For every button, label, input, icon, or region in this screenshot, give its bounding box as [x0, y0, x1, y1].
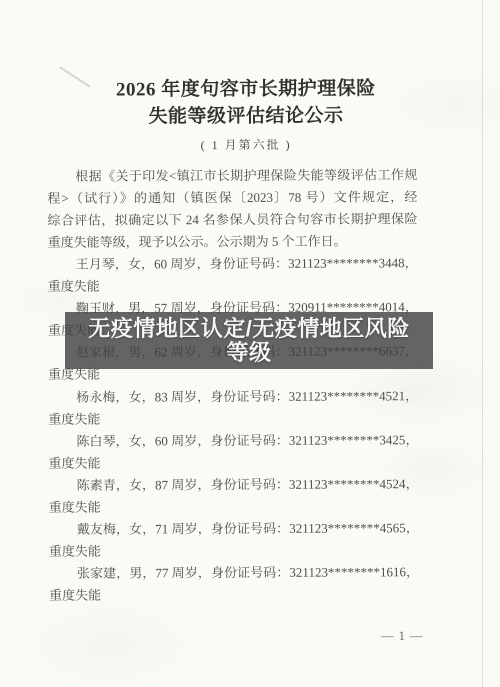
list-item: 陈素青，女，87 周岁，身份证号码：321123********4524， 重度… [49, 473, 419, 519]
entry-info-line: 戴友梅，女，71 周岁，身份证号码：321123********4565， [49, 517, 419, 541]
list-item: 王月琴，女，60 周岁，身份证号码：321123********3448， 重度… [48, 252, 418, 298]
entry-info-line: 张家建，男，77 周岁，身份证号码：321123********1616， [49, 562, 419, 586]
notice-batch-note: ( 1 月第六批 ) [61, 135, 431, 154]
entry-info-line: 杨永梅，女，83 周岁，身份证号码：321123********4521， [48, 385, 418, 409]
paragraph-line: 综合评估，拟确定以下 24 名参保人员符合句容市长期护理保险 [47, 208, 417, 232]
entry-status-line: 重度失能 [48, 451, 418, 475]
overlay-caption-banner: 无疫情地区认定/无疫情地区风险等级 [65, 312, 433, 369]
list-item: 陈白琴，女，60 周岁，身份证号码：321123********3425， 重度… [48, 429, 418, 475]
entry-status-line: 重度失能 [49, 584, 419, 608]
notice-title-line-1: 2026 年度句容市长期护理保险 [61, 75, 431, 104]
insured-person-list: 王月琴，女，60 周岁，身份证号码：321123********3448， 重度… [48, 252, 420, 607]
list-item: 张家建，男，77 周岁，身份证号码：321123********1616， 重度… [49, 562, 419, 608]
list-item: 杨永梅，女，83 周岁，身份证号码：321123********4521， 重度… [48, 385, 418, 431]
notice-intro-paragraph: 根据《关于印发<镇江市长期护理保险失能等级评估工作规 程>（试行）》的通知（镇医… [47, 164, 417, 254]
paragraph-line: 重度失能等级，现予以公示。公示期为 5 个工作日。 [48, 230, 418, 254]
paragraph-line: 根据《关于印发<镇江市长期护理保险失能等级评估工作规 [47, 164, 417, 188]
list-item: 戴友梅，女，71 周岁，身份证号码：321123********4565， 重度… [49, 517, 419, 563]
entry-info-line: 王月琴，女，60 周岁，身份证号码：321123********3448， [48, 252, 418, 276]
entry-info-line: 陈素青，女，87 周岁，身份证号码：321123********4524， [49, 473, 419, 497]
entry-status-line: 重度失能 [48, 274, 418, 298]
page-number: — 1 — [381, 629, 424, 644]
scanned-notice-page: 2026 年度句容市长期护理保险 失能等级评估结论公示 ( 1 月第六批 ) 根… [0, 0, 500, 687]
notice-title: 2026 年度句容市长期护理保险 失能等级评估结论公示 ( 1 月第六批 ) [61, 75, 431, 154]
overlay-caption-text: 无疫情地区认定/无疫情地区风险等级 [81, 317, 417, 364]
paragraph-line: 程>（试行）》的通知（镇医保〔2023〕78 号）文件规定，经 [47, 186, 417, 210]
scan-page-edge-line [482, 0, 483, 687]
entry-status-line: 重度失能 [48, 407, 418, 431]
entry-status-line: 重度失能 [49, 495, 419, 519]
entry-info-line: 陈白琴，女，60 周岁，身份证号码：321123********3425， [48, 429, 418, 453]
entry-status-line: 重度失能 [49, 539, 419, 563]
notice-title-line-2: 失能等级评估结论公示 [61, 102, 431, 131]
